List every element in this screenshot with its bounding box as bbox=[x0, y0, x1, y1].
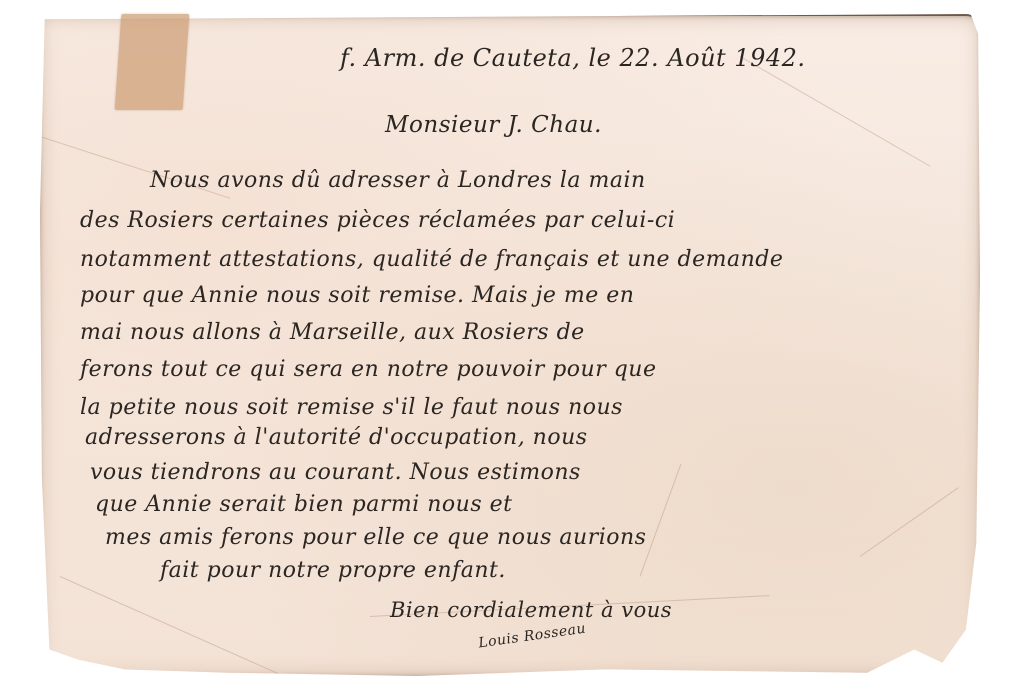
paper-crease bbox=[640, 464, 682, 577]
scan-stage: f. Arm. de Cauteta, le 22. Août 1942. Mo… bbox=[0, 0, 1024, 695]
date-line: f. Arm. de Cauteta, le 22. Août 1942. bbox=[340, 44, 806, 72]
closing-line: Bien cordialement à vous bbox=[390, 598, 672, 622]
body-line-2: des Rosiers certaines pièces réclamées p… bbox=[80, 208, 675, 233]
body-line-3: notamment attestations, qualité de franç… bbox=[80, 247, 783, 272]
body-line-11: mes amis ferons pour elle ce que nous au… bbox=[105, 525, 646, 550]
adhesive-tape-strip bbox=[115, 14, 190, 110]
salutation: Monsieur J. Chau. bbox=[385, 112, 602, 138]
body-line-6: ferons tout ce qui sera en notre pouvoir… bbox=[80, 357, 656, 382]
body-line-8: adresserons à l'autorité d'occupation, n… bbox=[85, 425, 588, 450]
body-line-4: pour que Annie nous soit remise. Mais je… bbox=[80, 283, 634, 308]
body-line-5: mai nous allons à Marseille, aux Rosiers… bbox=[80, 320, 585, 345]
body-line-1: Nous avons dû adresser à Londres la main bbox=[150, 168, 646, 193]
paper-crease bbox=[60, 576, 298, 683]
body-line-12: fait pour notre propre enfant. bbox=[160, 558, 506, 583]
paper-crease bbox=[860, 487, 959, 557]
body-line-7: la petite nous soit remise s'il le faut … bbox=[80, 395, 623, 420]
paper-crease bbox=[740, 56, 931, 167]
body-line-9: vous tiendrons au courant. Nous estimons bbox=[90, 460, 581, 485]
body-line-10: que Annie serait bien parmi nous et bbox=[95, 492, 513, 517]
